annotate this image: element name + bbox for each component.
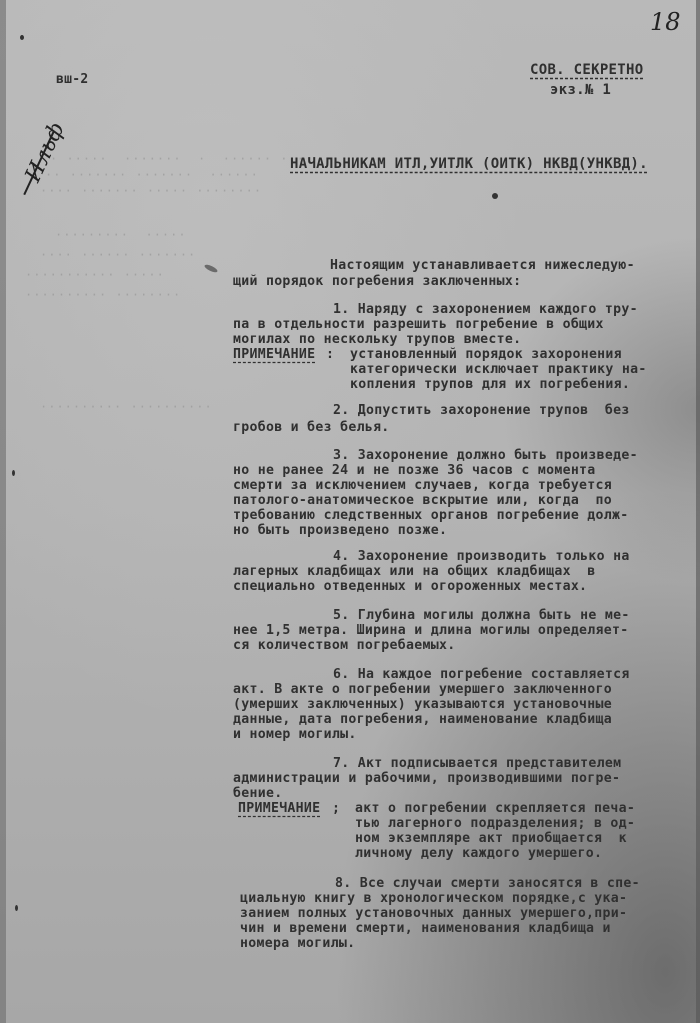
note-1-line: категорически исключает практику на- [350, 362, 647, 377]
item-6-line: 6. На каждое погребение составляется [333, 667, 630, 682]
page-edge-left [0, 0, 6, 1023]
item-2-line: 2. Допустить захоронение трупов без [333, 403, 630, 418]
item-7-line: бение. [233, 786, 282, 801]
item-1-line: 1. Наряду с захоронением каждого тру- [333, 302, 638, 317]
intro-line: Настоящим устанавливается нижеследую- [330, 258, 635, 273]
item-3-line: 3. Захоронение должно быть произведе- [333, 448, 638, 463]
note-2-line: личному делу каждого умершего. [355, 846, 602, 861]
item-8-line: чин и времени смерти, наименования кладб… [240, 921, 611, 936]
item-3-line: смерти за исключением случаев, когда тре… [233, 478, 612, 493]
bleed-through-text: ·········· ·········· [40, 400, 213, 414]
document-code: вш-2 [56, 72, 89, 87]
note-2-colon: ; [332, 801, 340, 816]
item-4-line: лагерных кладбищах или на общих кладбища… [233, 564, 596, 579]
page-number: 18 [650, 8, 681, 36]
bleed-through-text: ·· ······· ······· ······ [45, 168, 259, 182]
note-1-colon: : [326, 347, 334, 362]
item-2-line: гробов и без белья. [233, 420, 390, 435]
copy-number: экз.№ 1 [550, 82, 611, 98]
item-1-line: могилах по нескольку трупов вместе. [233, 332, 521, 347]
item-3-line: но не ранее 24 и не позже 36 часов с мом… [233, 463, 596, 478]
item-3-line: патолого-анатомическое вскрытие или, ког… [233, 493, 612, 508]
bleed-through-text: ·········· ········ [25, 288, 181, 302]
item-8-line: циальную книгу в хронологическом порядке… [240, 891, 627, 906]
ink-speck [20, 35, 24, 40]
note-2-label: ПРИМЕЧАНИЕ [238, 801, 320, 816]
note-2-line: тью лагерного подразделения; в од- [355, 816, 635, 831]
item-5-line: нее 1,5 метра. Ширина и длина могилы опр… [233, 623, 629, 638]
item-7-line: администрации и рабочими, производившими… [233, 771, 620, 786]
intro-line: щий порядок погребения заключенных: [233, 274, 521, 289]
item-6-line: и номер могилы. [233, 727, 357, 742]
item-6-line: акт. В акте о погребении умершего заключ… [233, 682, 612, 697]
note-1-line: копления трупов для их погребения. [350, 377, 630, 392]
bleed-through-text: ···· ······· ····· ········ [40, 184, 262, 198]
note-2-line: акт о погребении скрепляется печа- [355, 801, 635, 816]
item-6-line: данные, дата погребения, наименование кл… [233, 712, 612, 727]
item-3-line: требованию следственных органов погребен… [233, 508, 629, 523]
note-2-line: ном экземпляре акт приобщается к [355, 831, 627, 846]
item-8-line: 8. Все случаи смерти заносятся в спе- [335, 876, 640, 891]
bleed-through-text: ··········· ····· [25, 268, 165, 282]
note-1-line: установленный порядок захоронения [350, 347, 622, 362]
item-5-line: ся количеством погребаемых. [233, 638, 455, 653]
bleed-through-text: ········· ····· [55, 228, 187, 242]
item-5-line: 5. Глубина могилы должна быть не ме- [333, 608, 630, 623]
item-4-line: 4. Захоронение производить только на [333, 549, 630, 564]
bleed-through-text: ···· ······ ······· [40, 248, 196, 262]
ink-speck [12, 470, 15, 476]
item-8-line: занием полных установочных данных умерше… [240, 906, 627, 921]
bleed-through-text: · ····· ······· · ······ ···· [50, 152, 313, 166]
item-6-line: (умерших заключенных) указываются устано… [233, 697, 612, 712]
item-8-line: номера могилы. [240, 936, 355, 951]
item-3-line: но быть произведено позже. [233, 523, 447, 538]
ink-speck [15, 905, 18, 911]
page-edge-right [696, 0, 700, 1023]
copy-number-text: экз.№ 1 [550, 82, 611, 98]
item-4-line: специально отведенных и огороженных мест… [233, 579, 587, 594]
ink-dot [492, 193, 498, 199]
item-7-line: 7. Акт подписывается представителем [333, 756, 621, 771]
item-1-line: па в отдельности разрешить погребение в … [233, 317, 604, 332]
addressee-line: НАЧАЛЬНИКАМ ИТЛ,УИТЛК (ОИТК) НКВД(УНКВД)… [290, 156, 648, 172]
note-1-label: ПРИМЕЧАНИЕ [233, 347, 315, 362]
classification-stamp: СОВ. СЕКРЕТНО [530, 62, 643, 78]
